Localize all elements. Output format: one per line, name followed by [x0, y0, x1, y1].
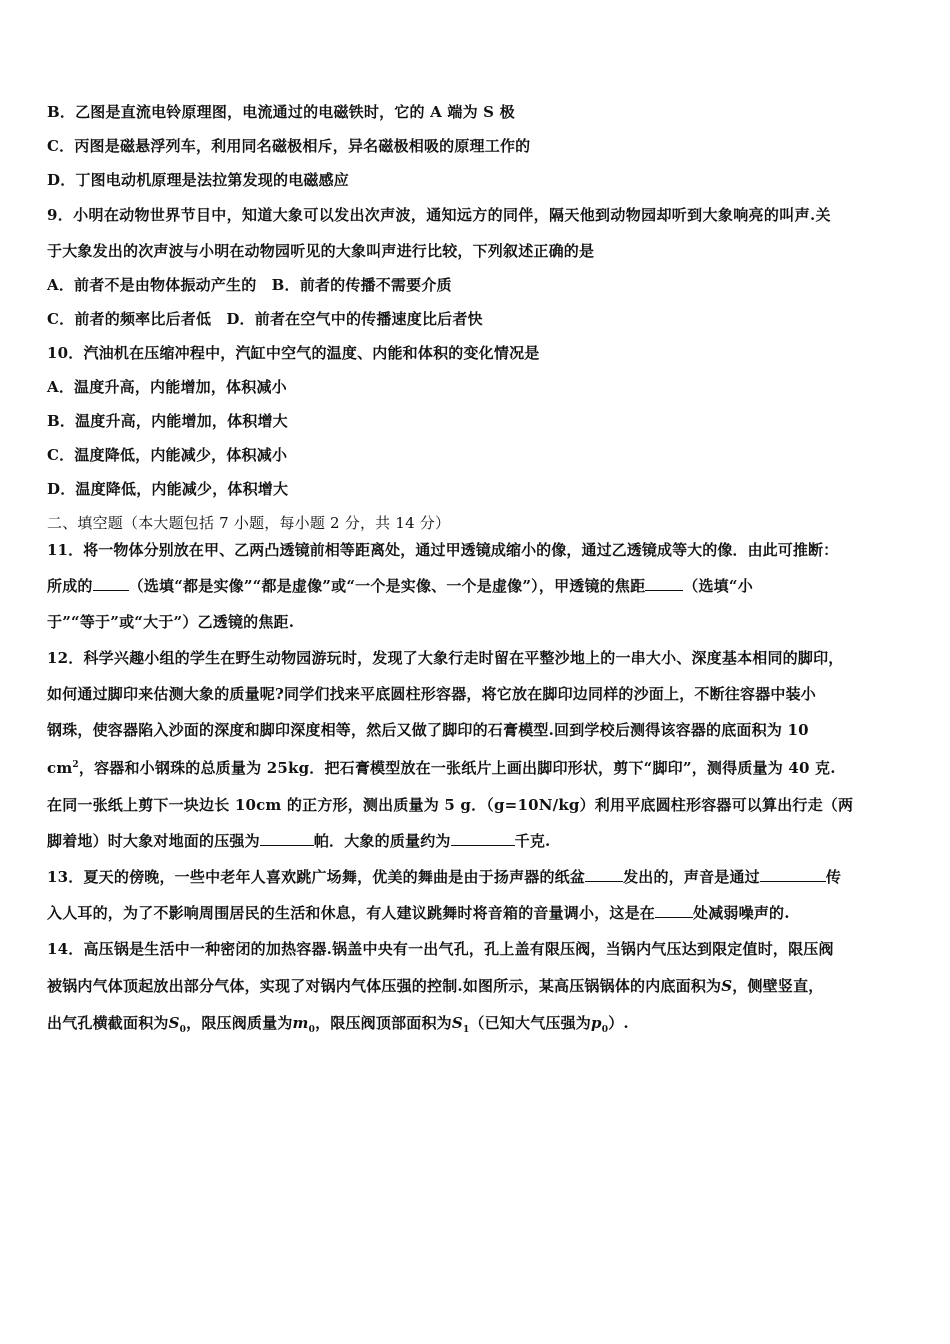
q14-line2: 被锅内气体顶起放出部分气体，实现了对锅内气体压强的控制.如图所示，某高压锅锅体的…	[47, 976, 823, 996]
q11-answer-blank-1[interactable]	[93, 576, 129, 591]
q9-stem-line1: 9．小明在动物世界节目中，知道大象可以发出次声波，通知远方的同伴，隔天他到动物园…	[47, 205, 831, 225]
q14-var-m0: m	[293, 1014, 309, 1032]
q12-line3: 钢珠，使容器陷入沙面的深度和脚印深度相等，然后又做了脚印的石膏模型.回到学校后测…	[47, 720, 809, 740]
q10-option-c: C．温度降低，内能减少，体积减小	[47, 445, 287, 465]
q10-option-b: B．温度升高，内能增加，体积增大	[47, 411, 288, 431]
q13-text-a: 13．夏天的傍晚，一些中老年人喜欢跳广场舞，优美的舞曲是由于扬声器的纸盆	[47, 868, 585, 886]
q14-line1: 14．高压锅是生活中一种密闭的加热容器.锅盖中央有一出气孔，孔上盖有限压阀，当锅…	[47, 939, 834, 959]
q12-line1: 12．科学兴趣小组的学生在野生动物园游玩时，发现了大象行走时留在平整沙地上的一串…	[47, 648, 843, 668]
section-heading-fill-in: 二、填空题（本大题包括 7 小题，每小题 2 分，共 14 分）	[47, 513, 450, 533]
q12-line6: 脚着地）时大象对地面的压强为帕．大象的质量约为千克.	[47, 831, 550, 851]
q13-text-d: 入人耳的，为了不影响周围居民的生活和休息，有人建议跳舞时将音箱的音量调小，这是在	[47, 904, 655, 922]
q13-line2: 入人耳的，为了不影响周围居民的生活和休息，有人建议跳舞时将音箱的音量调小，这是在…	[47, 903, 790, 923]
q14-text-g: ）.	[608, 1014, 629, 1032]
q9-options-cd: C．前者的频率比后者低 D．前者在空气中的传播速度比后者快	[47, 309, 483, 329]
q12-line2: 如何通过脚印来估测大象的质量呢?同学们找来平底圆柱形容器，将它放在脚印边同样的沙…	[47, 684, 816, 704]
q14-var-s1: S	[452, 1014, 463, 1032]
q14-text-f: （已知大气压强为	[469, 1014, 591, 1032]
q14-var-s0: S	[169, 1014, 180, 1032]
q13-answer-blank-2[interactable]	[760, 867, 826, 882]
q12-line4: cm2，容器和小钢珠的总质量为 25kg．把石膏模型放在一张纸片上画出脚印形状，…	[47, 758, 836, 778]
q8-option-d: D．丁图电动机原理是法拉第发现的电磁感应	[47, 170, 349, 190]
q12-answer-blank-mass[interactable]	[451, 831, 515, 846]
q12-text-b: 帕．大象的质量约为	[314, 832, 451, 850]
q12-unit-cm: cm	[47, 759, 72, 777]
q10-option-d: D．温度降低，内能减少，体积增大	[47, 479, 288, 499]
q13-text-e: 处减弱噪声的.	[693, 904, 790, 922]
q10-stem: 10．汽油机在压缩冲程中，汽缸中空气的温度、内能和体积的变化情况是	[47, 343, 539, 363]
q14-line3: 出气孔横截面积为S0，限压阀质量为m0，限压阀顶部面积为S1（已知大气压强为p0…	[47, 1013, 629, 1033]
q14-var-p0: p	[591, 1014, 602, 1032]
q14-var-s: S	[721, 977, 732, 995]
q11-line3: 于”“等于”或“大于”）乙透镜的焦距.	[47, 612, 294, 632]
q9-stem-line2: 于大象发出的次声波与小明在动物园听见的大象叫声进行比较，下列叙述正确的是	[47, 241, 594, 261]
q13-answer-blank-1[interactable]	[585, 867, 623, 882]
q12-answer-blank-pressure[interactable]	[260, 831, 314, 846]
q14-text-a: 被锅内气体顶起放出部分气体，实现了对锅内气体压强的控制.如图所示，某高压锅锅体的…	[47, 977, 721, 995]
q11-text-c: （选填“小	[683, 577, 753, 595]
q11-line2: 所成的（选填“都是实像”“都是虚像”或“一个是实像、一个是虚像”），甲透镜的焦距…	[47, 576, 753, 596]
q13-line1: 13．夏天的傍晚，一些中老年人喜欢跳广场舞，优美的舞曲是由于扬声器的纸盆发出的，…	[47, 867, 841, 887]
q12-line4-text: ，容器和小钢珠的总质量为 25kg．把石膏模型放在一张纸片上画出脚印形状，剪下“…	[79, 759, 836, 777]
q13-text-b: 发出的，声音是通过	[623, 868, 760, 886]
q13-text-c: 传	[826, 868, 841, 886]
q14-text-d: ，限压阀质量为	[186, 1014, 292, 1032]
q13-answer-blank-3[interactable]	[655, 903, 693, 918]
q9-options-ab: A．前者不是由物体振动产生的 B．前者的传播不需要介质	[47, 275, 452, 295]
q14-text-c: 出气孔横截面积为	[47, 1014, 169, 1032]
q11-line1: 11．将一物体分别放在甲、乙两凸透镜前相等距离处，通过甲透镜成缩小的像，通过乙透…	[47, 540, 838, 560]
q11-answer-blank-2[interactable]	[645, 576, 683, 591]
q10-option-a: A．温度升高，内能增加，体积减小	[47, 377, 287, 397]
q8-option-b: B．乙图是直流电铃原理图，电流通过的电磁铁时，它的 A 端为 S 极	[47, 102, 515, 122]
q11-text-a: 所成的	[47, 577, 93, 595]
q14-text-b: ，侧壁竖直，	[732, 977, 823, 995]
q12-text-a: 脚着地）时大象对地面的压强为	[47, 832, 260, 850]
q12-line5: 在同一张纸上剪下一块边长 10cm 的正方形，测出质量为 5 g．（g=10N/…	[47, 795, 853, 815]
q11-text-b: （选填“都是实像”“都是虚像”或“一个是实像、一个是虚像”），甲透镜的焦距	[129, 577, 646, 595]
q8-option-c: C．丙图是磁悬浮列车，利用同名磁极相斥，异名磁极相吸的原理工作的	[47, 136, 530, 156]
q12-text-c: 千克.	[515, 832, 551, 850]
q14-text-e: ，限压阀顶部面积为	[315, 1014, 452, 1032]
